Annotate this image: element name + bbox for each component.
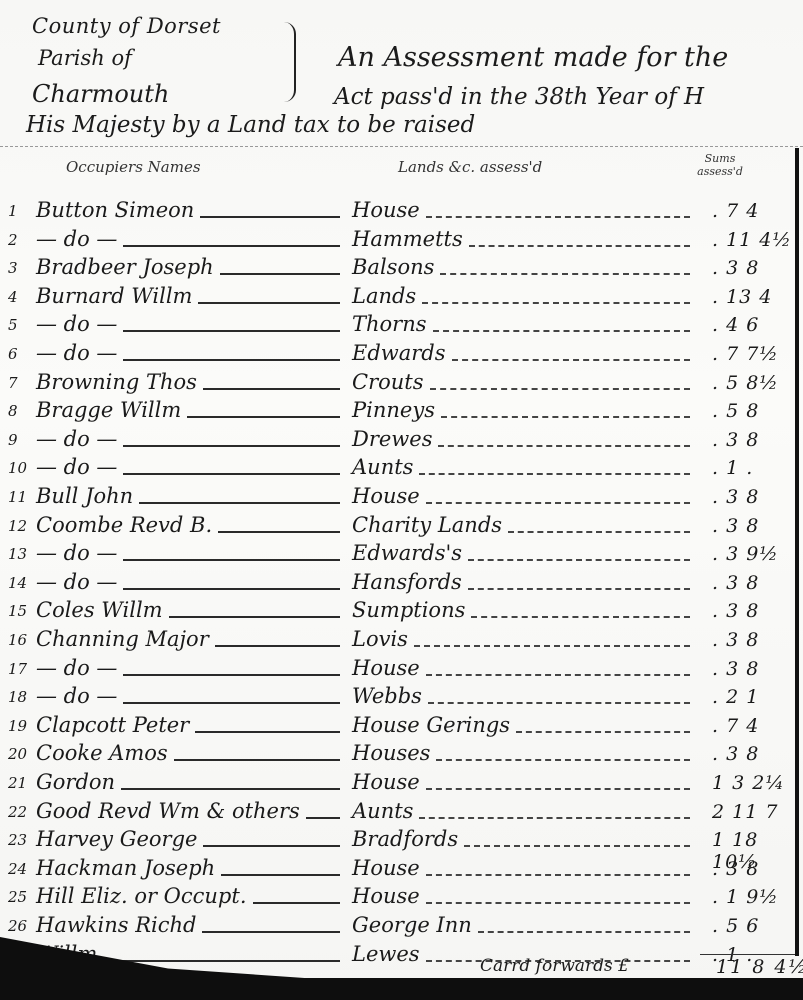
filler-line [426, 216, 690, 218]
filler-line [422, 302, 690, 304]
row-number: 14 [8, 574, 34, 592]
occupier-name: Harvey George [36, 827, 197, 851]
land-assessed: Lands [352, 284, 416, 308]
row-number: 11 [8, 488, 34, 506]
sum-assessed: 2 11 7 [712, 801, 778, 823]
row-number: 13 [8, 545, 34, 563]
table-row: 14— do —Hansfords. 3 8 [0, 570, 795, 602]
filler-line [220, 273, 340, 275]
occupier-name: — do — [36, 541, 117, 565]
row-number: 15 [8, 602, 34, 620]
sum-assessed: . 3 8 [712, 743, 759, 765]
land-assessed: Lewes [352, 942, 420, 966]
filler-line [174, 759, 340, 761]
sum-assessed: . 3 8 [712, 515, 759, 537]
table-row: 26Hawkins RichdGeorge Inn. 5 6 [0, 913, 795, 945]
table-row: 12Coombe Revd B.Charity Lands. 3 8 [0, 513, 795, 545]
filler-line [441, 416, 690, 418]
sum-assessed: . 3 9½ [712, 543, 779, 565]
table-row: 9— do —Drewes. 3 8 [0, 427, 795, 459]
filler-line [123, 245, 340, 247]
filler-line [253, 902, 340, 904]
land-assessed: Hammetts [352, 227, 463, 251]
filler-line [471, 616, 690, 618]
filler-line [508, 531, 690, 533]
filler-line [123, 359, 340, 361]
table-row: 24Hackman JosephHouse. 3 8 [0, 856, 795, 888]
land-assessed: House [352, 856, 420, 880]
row-number: 23 [8, 831, 34, 849]
occupier-name: — do — [36, 312, 117, 336]
land-assessed: Edwards's [352, 541, 462, 565]
table-row: 25Hill Eliz. or Occupt.House. 1 9½ [0, 884, 795, 916]
row-number: 17 [8, 660, 34, 678]
row-number: 1 [8, 202, 34, 220]
filler-line [426, 502, 690, 504]
land-assessed: Balsons [352, 255, 434, 279]
row-number: 16 [8, 631, 34, 649]
table-row: 16Channing MajorLovis. 3 8 [0, 627, 795, 659]
table-row: 6— do —Edwards. 7 7½ [0, 341, 795, 373]
occupier-name: Browning Thos [36, 370, 197, 394]
land-assessed: House [352, 484, 420, 508]
row-number: 20 [8, 745, 34, 763]
table-row: 13— do —Edwards's. 3 9½ [0, 541, 795, 573]
row-number: 3 [8, 259, 34, 277]
scan-edge [0, 978, 803, 1000]
occupier-name: Cooke Amos [36, 741, 168, 765]
filler-line [203, 845, 340, 847]
filler-line [203, 388, 340, 390]
occupier-name: Good Revd Wm & others [36, 799, 300, 823]
table-row: 15Coles WillmSumptions. 3 8 [0, 598, 795, 630]
table-row: 18— do —Webbs. 2 1 [0, 684, 795, 716]
sum-assessed: . 3 8 [712, 600, 759, 622]
row-number: 6 [8, 345, 34, 363]
filler-line [468, 559, 690, 561]
land-assessed: George Inn [352, 913, 472, 937]
table-row: 8Bragge WillmPinneys. 5 8 [0, 398, 795, 430]
land-assessed: Lovis [352, 627, 408, 651]
land-assessed: Charity Lands [352, 513, 502, 537]
title-line-1: An Assessment made for the [338, 42, 728, 73]
occupier-name: Coombe Revd B. [36, 513, 212, 537]
filler-line [478, 931, 690, 933]
occupier-name: — do — [36, 455, 117, 479]
parish-label: Parish of [38, 46, 132, 70]
table-row: 2— do —Hammetts. 11 4½ [0, 227, 795, 259]
table-row: 22Good Revd Wm & othersAunts2 11 7 [0, 799, 795, 831]
filler-line [433, 330, 690, 332]
brace-divider [284, 22, 296, 102]
row-number: 2 [8, 231, 34, 249]
title-line-2: Act pass'd in the 38th Year of H [334, 84, 704, 110]
filler-line [103, 960, 340, 962]
filler-line [426, 902, 690, 904]
sum-assessed: . 2 1 [712, 686, 759, 708]
sum-assessed: . 5 8½ [712, 372, 779, 394]
row-number: 22 [8, 803, 34, 821]
row-number: 24 [8, 860, 34, 878]
land-assessed: Houses [352, 741, 430, 765]
sum-assessed: . 13 4 [712, 286, 772, 308]
filler-line [516, 731, 690, 733]
filler-line [438, 445, 690, 447]
sum-assessed: . 1 9½ [712, 886, 779, 908]
table-row: 23Harvey GeorgeBradfords1 18 10½ [0, 827, 795, 859]
row-number: 19 [8, 717, 34, 735]
filler-line [452, 359, 690, 361]
land-assessed: Crouts [352, 370, 424, 394]
land-assessed: Aunts [352, 455, 413, 479]
sum-assessed: . 3 8 [712, 429, 759, 451]
filler-line [430, 388, 690, 390]
occupier-name: Clapcott Peter [36, 713, 189, 737]
row-number: 8 [8, 402, 34, 420]
sum-assessed: . 4 6 [712, 314, 759, 336]
table-row: 19Clapcott PeterHouse Gerings. 7 4 [0, 713, 795, 745]
sum-assessed: . 3 8 [712, 257, 759, 279]
occupier-name: Burnard Willm [36, 284, 192, 308]
title-line-3: His Majesty by a Land tax to be raised [26, 112, 475, 138]
filler-line [187, 416, 340, 418]
filler-line [306, 817, 340, 819]
row-number: 9 [8, 431, 34, 449]
filler-line [464, 845, 690, 847]
sum-assessed: . 1 . [712, 457, 753, 479]
filler-line [436, 759, 690, 761]
table-row: 4Burnard WillmLands. 13 4 [0, 284, 795, 316]
filler-line [200, 216, 340, 218]
occupier-name: — do — [36, 227, 117, 251]
land-assessed: Edwards [352, 341, 446, 365]
occupier-name: Bull John [36, 484, 133, 508]
filler-line [123, 473, 340, 475]
total-rule [700, 954, 795, 955]
row-number: 18 [8, 688, 34, 706]
filler-line [419, 817, 690, 819]
table-row: 5— do —Thorns. 4 6 [0, 312, 795, 344]
filler-line [221, 874, 340, 876]
filler-line [419, 473, 690, 475]
filler-line [123, 445, 340, 447]
row-number: 25 [8, 888, 34, 906]
row-number: 26 [8, 917, 34, 935]
land-assessed: House Gerings [352, 713, 510, 737]
land-assessed: Hansfords [352, 570, 462, 594]
occupier-name: Coles Willm [36, 598, 163, 622]
carried-forward-label: Carrd forwards £ [480, 956, 629, 976]
filler-line [440, 273, 690, 275]
filler-line [123, 588, 340, 590]
occupier-name: — do — [36, 570, 117, 594]
table-row: 17— do —House. 3 8 [0, 656, 795, 688]
occupier-name: — do — [36, 427, 117, 451]
sum-assessed: . 3 8 [712, 572, 759, 594]
filler-line [123, 330, 340, 332]
filler-line [169, 616, 340, 618]
table-row: 1Button SimeonHouse. 7 4 [0, 198, 795, 230]
table-row: 11Bull JohnHouse. 3 8 [0, 484, 795, 516]
occupier-name: Channing Major [36, 627, 209, 651]
sum-assessed: . 3 8 [712, 858, 759, 880]
occupier-name: Button Simeon [36, 198, 194, 222]
row-number: 21 [8, 774, 34, 792]
column-header-occupiers: Occupiers Names [66, 158, 201, 176]
filler-line [469, 245, 690, 247]
sum-assessed: . 5 8 [712, 400, 759, 422]
sum-assessed: . 7 4 [712, 715, 759, 737]
filler-line [218, 531, 340, 533]
filler-line [123, 702, 340, 704]
occupier-name: Bradbeer Joseph [36, 255, 214, 279]
land-assessed: Bradfords [352, 827, 458, 851]
occupier-name: — do — [36, 341, 117, 365]
occupier-name: Bragge Willm [36, 398, 181, 422]
filler-line [198, 302, 340, 304]
table-row: 3Bradbeer JosephBalsons. 3 8 [0, 255, 795, 287]
filler-line [123, 674, 340, 676]
occupier-name: Hackman Joseph [36, 856, 215, 880]
header-rule [0, 146, 803, 147]
occupier-name: Gordon [36, 770, 115, 794]
sum-assessed: . 7 7½ [712, 343, 779, 365]
column-header-lands: Lands &c. assess'd [398, 158, 542, 176]
occupier-name: Hill Eliz. or Occupt. [36, 884, 247, 908]
table-row: 7Browning ThosCrouts. 5 8½ [0, 370, 795, 402]
sum-assessed: 1 3 2¼ [712, 772, 785, 794]
column-header-sums: Sums assess'd [690, 152, 750, 178]
filler-line [426, 788, 690, 790]
land-assessed: Pinneys [352, 398, 435, 422]
land-assessed: Webbs [352, 684, 422, 708]
land-assessed: Aunts [352, 799, 413, 823]
parish-name: Charmouth [32, 80, 169, 108]
table-row: 21GordonHouse1 3 2¼ [0, 770, 795, 802]
land-assessed: House [352, 770, 420, 794]
filler-line [426, 674, 690, 676]
land-assessed: Drewes [352, 427, 432, 451]
right-margin-rule [795, 148, 799, 956]
row-number: 10 [8, 459, 34, 477]
filler-line [123, 559, 340, 561]
filler-line [428, 702, 690, 704]
filler-line [195, 731, 340, 733]
filler-line [215, 645, 340, 647]
table-row: 20Cooke AmosHouses. 3 8 [0, 741, 795, 773]
land-assessed: House [352, 884, 420, 908]
table-row: 10— do —Aunts. 1 . [0, 455, 795, 487]
land-assessed: House [352, 656, 420, 680]
land-assessed: House [352, 198, 420, 222]
filler-line [414, 645, 690, 647]
county-heading: County of Dorset [32, 14, 221, 38]
sum-assessed: . 5 6 [712, 915, 759, 937]
filler-line [468, 588, 690, 590]
filler-line [121, 788, 340, 790]
row-number: 12 [8, 517, 34, 535]
document-page: County of Dorset Parish of Charmouth An … [0, 0, 803, 1000]
row-number: 7 [8, 374, 34, 392]
occupier-name: Hawkins Richd [36, 913, 196, 937]
sum-assessed: . 11 4½ [712, 229, 792, 251]
land-assessed: Thorns [352, 312, 427, 336]
land-assessed: Sumptions [352, 598, 465, 622]
filler-line [202, 931, 340, 933]
occupier-name: — do — [36, 656, 117, 680]
row-number: 5 [8, 316, 34, 334]
sum-assessed: . 3 8 [712, 629, 759, 651]
sum-assessed: . 3 8 [712, 658, 759, 680]
filler-line [426, 874, 690, 876]
occupier-name: — do — [36, 684, 117, 708]
carried-forward-total: 11 8 4½ [716, 956, 803, 978]
filler-line [139, 502, 340, 504]
row-number: 4 [8, 288, 34, 306]
sum-assessed: . 7 4 [712, 200, 759, 222]
sum-assessed: . 3 8 [712, 486, 759, 508]
